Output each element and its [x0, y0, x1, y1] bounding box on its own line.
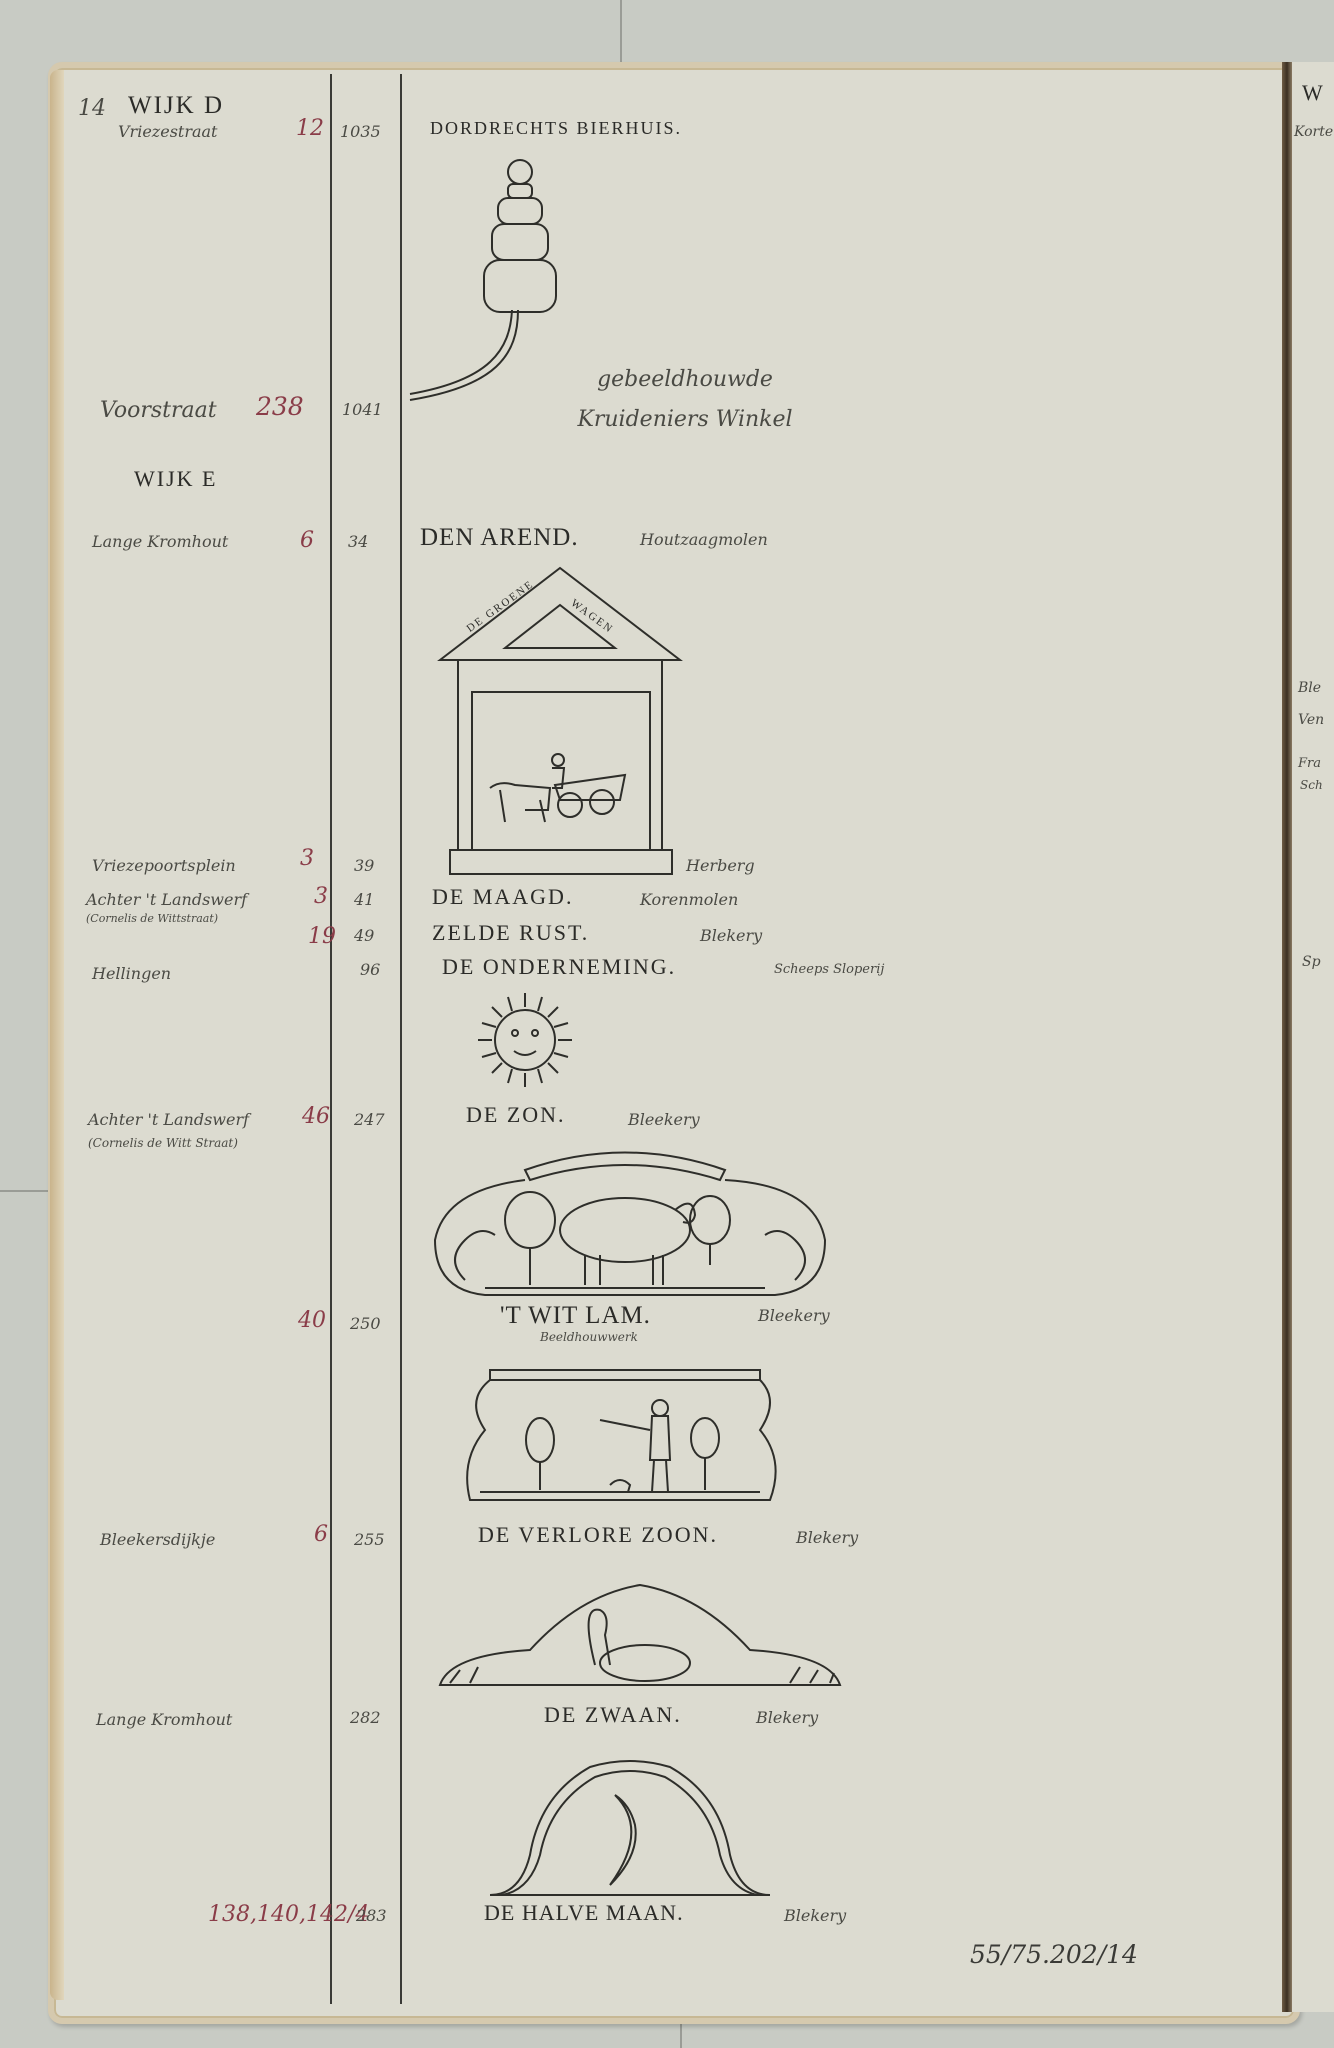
sign-name: 'T WIT LAM.: [500, 1302, 651, 1330]
sign-name: DE VERLORE ZOON.: [478, 1522, 718, 1548]
swan-drawing: [430, 1575, 850, 1705]
next-page-fragment: Sch: [1300, 778, 1323, 792]
reference-number: 283: [356, 1906, 387, 1925]
next-page-fragment: Ven: [1298, 712, 1324, 728]
section-heading-wijk-d: WIJK D: [128, 92, 224, 120]
next-page-fragment: Ble: [1298, 680, 1321, 696]
sign-name: DE MAAGD.: [432, 884, 573, 910]
sign-name: DE ONDERNEMING.: [442, 954, 676, 980]
house-number: 6: [314, 1522, 328, 1547]
reference-number: 1035: [340, 122, 381, 141]
house-number: 46: [302, 1104, 330, 1129]
street-name: Lange Kromhout: [92, 532, 228, 551]
sign-name: DORDRECHTS BIERHUIS.: [430, 118, 682, 139]
trade-description: Blekery: [756, 1708, 818, 1727]
next-page-fragment: Fra: [1298, 756, 1321, 771]
book-spine: [1282, 62, 1292, 2012]
reference-number: 250: [350, 1314, 381, 1333]
trade-description: Houtzaagmolen: [640, 530, 768, 549]
trade-description: Blekery: [700, 926, 762, 945]
street-name: Achter 't Landswerf: [88, 1110, 249, 1129]
next-page-heading-fragment: W: [1302, 80, 1325, 106]
sign-name: ZELDE RUST.: [432, 920, 589, 946]
trade-description: Korenmolen: [640, 890, 738, 909]
next-page-fragment: Sp: [1302, 954, 1321, 970]
reference-number: 34: [348, 532, 368, 551]
house-number: 3: [314, 884, 328, 909]
trade-description: gebeeldhouwde Kruideniers Winkel: [560, 360, 810, 440]
sign-note: Beeldhouwwerk: [540, 1330, 638, 1344]
street-note: (Cornelis de Witt Straat): [88, 1136, 238, 1150]
house-number: 6: [300, 528, 314, 553]
street-name: Hellingen: [92, 964, 171, 983]
half-moon-drawing: [480, 1755, 780, 1905]
street-note: (Cornelis de Wittstraat): [86, 912, 218, 925]
street-name: Achter 't Landswerf: [86, 890, 247, 909]
sign-name: DE HALVE MAAN.: [484, 1900, 684, 1926]
ledger-page: [48, 62, 1300, 2024]
street-name: Vriezestraat: [118, 122, 217, 141]
trade-description: Blekery: [796, 1528, 858, 1547]
column-rule: [330, 74, 332, 2004]
trade-description: Scheeps Sloperij: [774, 962, 884, 977]
house-number: 3: [300, 846, 314, 871]
street-name: Bleekersdijkje: [100, 1530, 215, 1549]
street-name: Lange Kromhout: [96, 1710, 232, 1729]
trade-description: Bleekery: [628, 1110, 700, 1129]
sign-name: DE ZWAAN.: [544, 1702, 682, 1728]
reference-number: 49: [354, 926, 374, 945]
reference-number: 247: [354, 1110, 385, 1129]
gable-stone-wagon-drawing: [430, 560, 690, 880]
desk-grid-line: [0, 1190, 48, 1192]
page-edge: [50, 70, 64, 2000]
trade-description: Herberg: [686, 856, 755, 875]
sign-name: DE ZON.: [466, 1102, 566, 1128]
next-page-fragment: Korte: [1294, 124, 1333, 140]
prodigal-son-drawing: [460, 1360, 790, 1520]
section-heading-wijk-e: WIJK E: [134, 466, 217, 492]
reference-number: 282: [350, 1708, 381, 1727]
trade-description: Blekery: [784, 1906, 846, 1925]
house-number: 19: [308, 924, 336, 949]
house-number: 12: [296, 116, 324, 141]
house-number: 238: [256, 392, 304, 421]
page-number: 14: [78, 96, 106, 121]
reference-number: 1041: [342, 400, 383, 419]
reference-number: 39: [354, 856, 374, 875]
catalog-number: 55/75.202/14: [970, 1940, 1138, 1969]
reference-number: 255: [354, 1530, 385, 1549]
house-number: 138,140,142/4: [208, 1902, 369, 1927]
reference-number: 96: [360, 960, 380, 979]
next-page-edge: [1292, 62, 1334, 2012]
trade-description: Bleekery: [758, 1306, 830, 1325]
reference-number: 41: [354, 890, 374, 909]
street-name: Vriezepoortsplein: [92, 856, 236, 875]
sign-name: DEN AREND.: [420, 524, 579, 552]
sun-face-drawing: [470, 985, 580, 1095]
lamb-cartouche-drawing: [425, 1140, 835, 1300]
house-number: 40: [298, 1308, 326, 1333]
desk-grid-line: [620, 0, 622, 62]
street-name: Voorstraat: [100, 398, 217, 423]
